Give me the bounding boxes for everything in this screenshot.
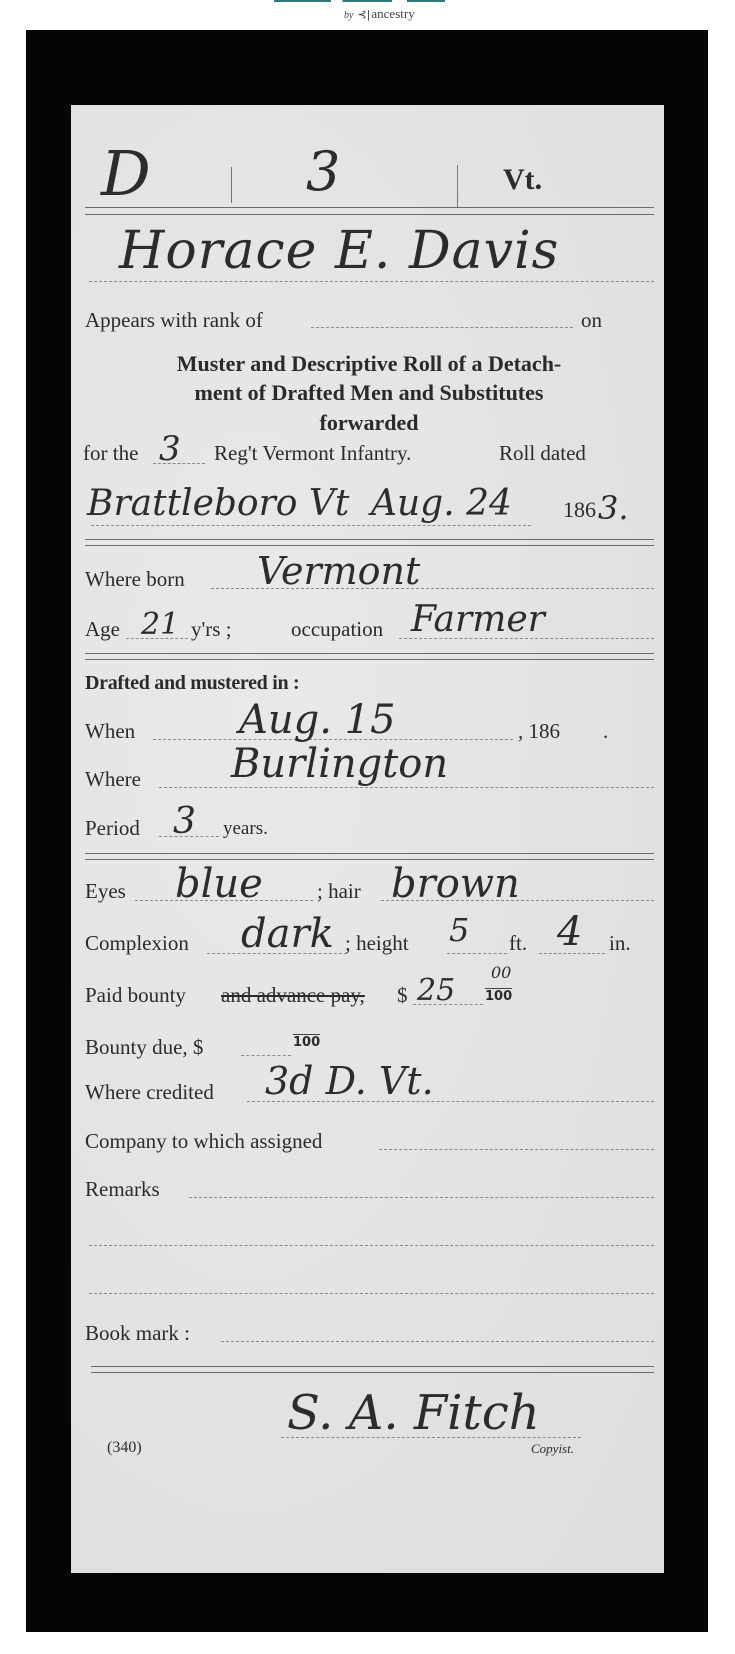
complexion-value: dark: [241, 911, 334, 957]
footer-rule: [91, 1372, 654, 1373]
section-rule: [85, 545, 654, 546]
section-rule: [85, 659, 654, 660]
height-feet-value: 5: [449, 911, 469, 949]
complexion-label: Complexion: [85, 931, 189, 956]
header-rule-bottom: [85, 214, 654, 215]
ancestry-leaf-icon: ⊰|: [357, 8, 370, 21]
drafted-where-value: Burlington: [231, 741, 448, 787]
paid-bounty-cents: 00: [491, 963, 511, 982]
occupation-value: Farmer: [411, 599, 545, 640]
drafted-when-year: , 186: [518, 719, 560, 744]
form-number: (340): [107, 1439, 142, 1457]
roll-dated-year-suffix: 3.: [598, 489, 629, 527]
copyist-label: Copyist.: [531, 1441, 574, 1457]
height-feet-unit: ft.: [509, 931, 527, 956]
company-field: [379, 1149, 654, 1150]
roll-dated-label: Roll dated: [499, 441, 586, 466]
occupation-label: occupation: [291, 617, 383, 642]
rank-field: [311, 327, 573, 328]
height-inches-unit: in.: [609, 931, 631, 956]
section-rule: [85, 539, 654, 540]
rank-label: Appears with rank of: [85, 308, 263, 333]
section-rule: [85, 859, 654, 860]
regiment-prefix: for the: [83, 441, 138, 466]
roll-title-line1: Muster and Descriptive Roll of a Detach-: [83, 351, 655, 377]
header-letter: D: [101, 143, 151, 205]
header-divider: [457, 165, 458, 207]
paid-bounty-label: Paid bounty: [85, 983, 186, 1008]
drafted-where-label: Where: [85, 767, 141, 792]
drafted-when-value: Aug. 15: [239, 697, 396, 743]
bounty-due-label: Bounty due, $: [85, 1035, 203, 1060]
muster-roll-card: D 3 Vt. Horace E. Davis Appears with ran…: [71, 105, 664, 1573]
where-credited-label: Where credited: [85, 1080, 214, 1105]
soldier-name: Horace E. Davis: [119, 223, 559, 280]
remarks-field: [189, 1197, 654, 1198]
header-state: Vt.: [503, 165, 542, 195]
roll-dated-date: Aug. 24: [371, 483, 512, 524]
book-mark-field: [221, 1341, 654, 1342]
remarks-line-3: [89, 1293, 654, 1294]
bounty-due-field: [241, 1055, 291, 1056]
company-label: Company to which assigned: [85, 1129, 322, 1154]
period-value: 3: [173, 801, 196, 842]
paid-bounty-struck-text: and advance pay,: [221, 983, 365, 1008]
age-unit: y'rs ;: [191, 617, 232, 642]
header-divider: [231, 167, 232, 203]
paid-bounty-value: 25: [417, 973, 455, 1008]
roll-dated-field: [91, 525, 531, 526]
where-born-value: Vermont: [257, 549, 420, 593]
brand-by-text: by: [344, 10, 353, 21]
age-label: Age: [85, 617, 120, 642]
period-label: Period: [85, 816, 140, 841]
regiment-number-value: 3: [159, 429, 181, 469]
eyes-label: Eyes: [85, 879, 126, 904]
ancestry-branding: by⊰|ancestry: [344, 6, 415, 22]
section-rule: [85, 853, 654, 854]
hair-label: ; hair: [317, 879, 361, 904]
hair-value: brown: [391, 861, 520, 907]
remarks-line-2: [89, 1245, 654, 1246]
period-unit: years.: [223, 818, 268, 840]
brand-logo-fragment: [274, 0, 464, 2]
remarks-label: Remarks: [85, 1177, 160, 1202]
where-born-label: Where born: [85, 567, 185, 592]
drafted-where-field: [159, 787, 654, 788]
drafted-when-end: .: [603, 719, 608, 744]
paid-bounty-denominator: 100: [485, 988, 512, 1004]
bounty-due-denominator: 100: [293, 1034, 320, 1050]
brand-name: ancestry: [371, 6, 414, 21]
header-regiment-number: 3: [306, 145, 340, 199]
height-inches-value: 4: [557, 909, 582, 955]
drafted-heading: Drafted and mustered in :: [85, 672, 299, 695]
section-rule: [85, 653, 654, 654]
roll-dated-place: Brattleboro Vt: [87, 483, 349, 524]
height-label: ; height: [345, 931, 409, 956]
header-rule-top: [85, 207, 654, 208]
regiment-text: Reg't Vermont Infantry.: [214, 441, 411, 466]
height-feet-field: [447, 953, 507, 954]
age-value: 21: [141, 607, 179, 642]
name-line: [89, 281, 654, 282]
eyes-value: blue: [175, 861, 263, 907]
drafted-when-label: When: [85, 719, 135, 744]
paid-bounty-currency: $: [397, 983, 408, 1008]
rank-suffix: on: [581, 308, 602, 333]
copyist-signature: S. A. Fitch: [287, 1385, 540, 1441]
where-credited-value: 3d D. Vt.: [265, 1059, 434, 1103]
footer-rule: [91, 1366, 654, 1367]
roll-dated-year-prefix: 186: [563, 497, 596, 523]
roll-title-line2: ment of Drafted Men and Substitutes: [83, 380, 655, 406]
book-mark-label: Book mark :: [85, 1321, 190, 1346]
